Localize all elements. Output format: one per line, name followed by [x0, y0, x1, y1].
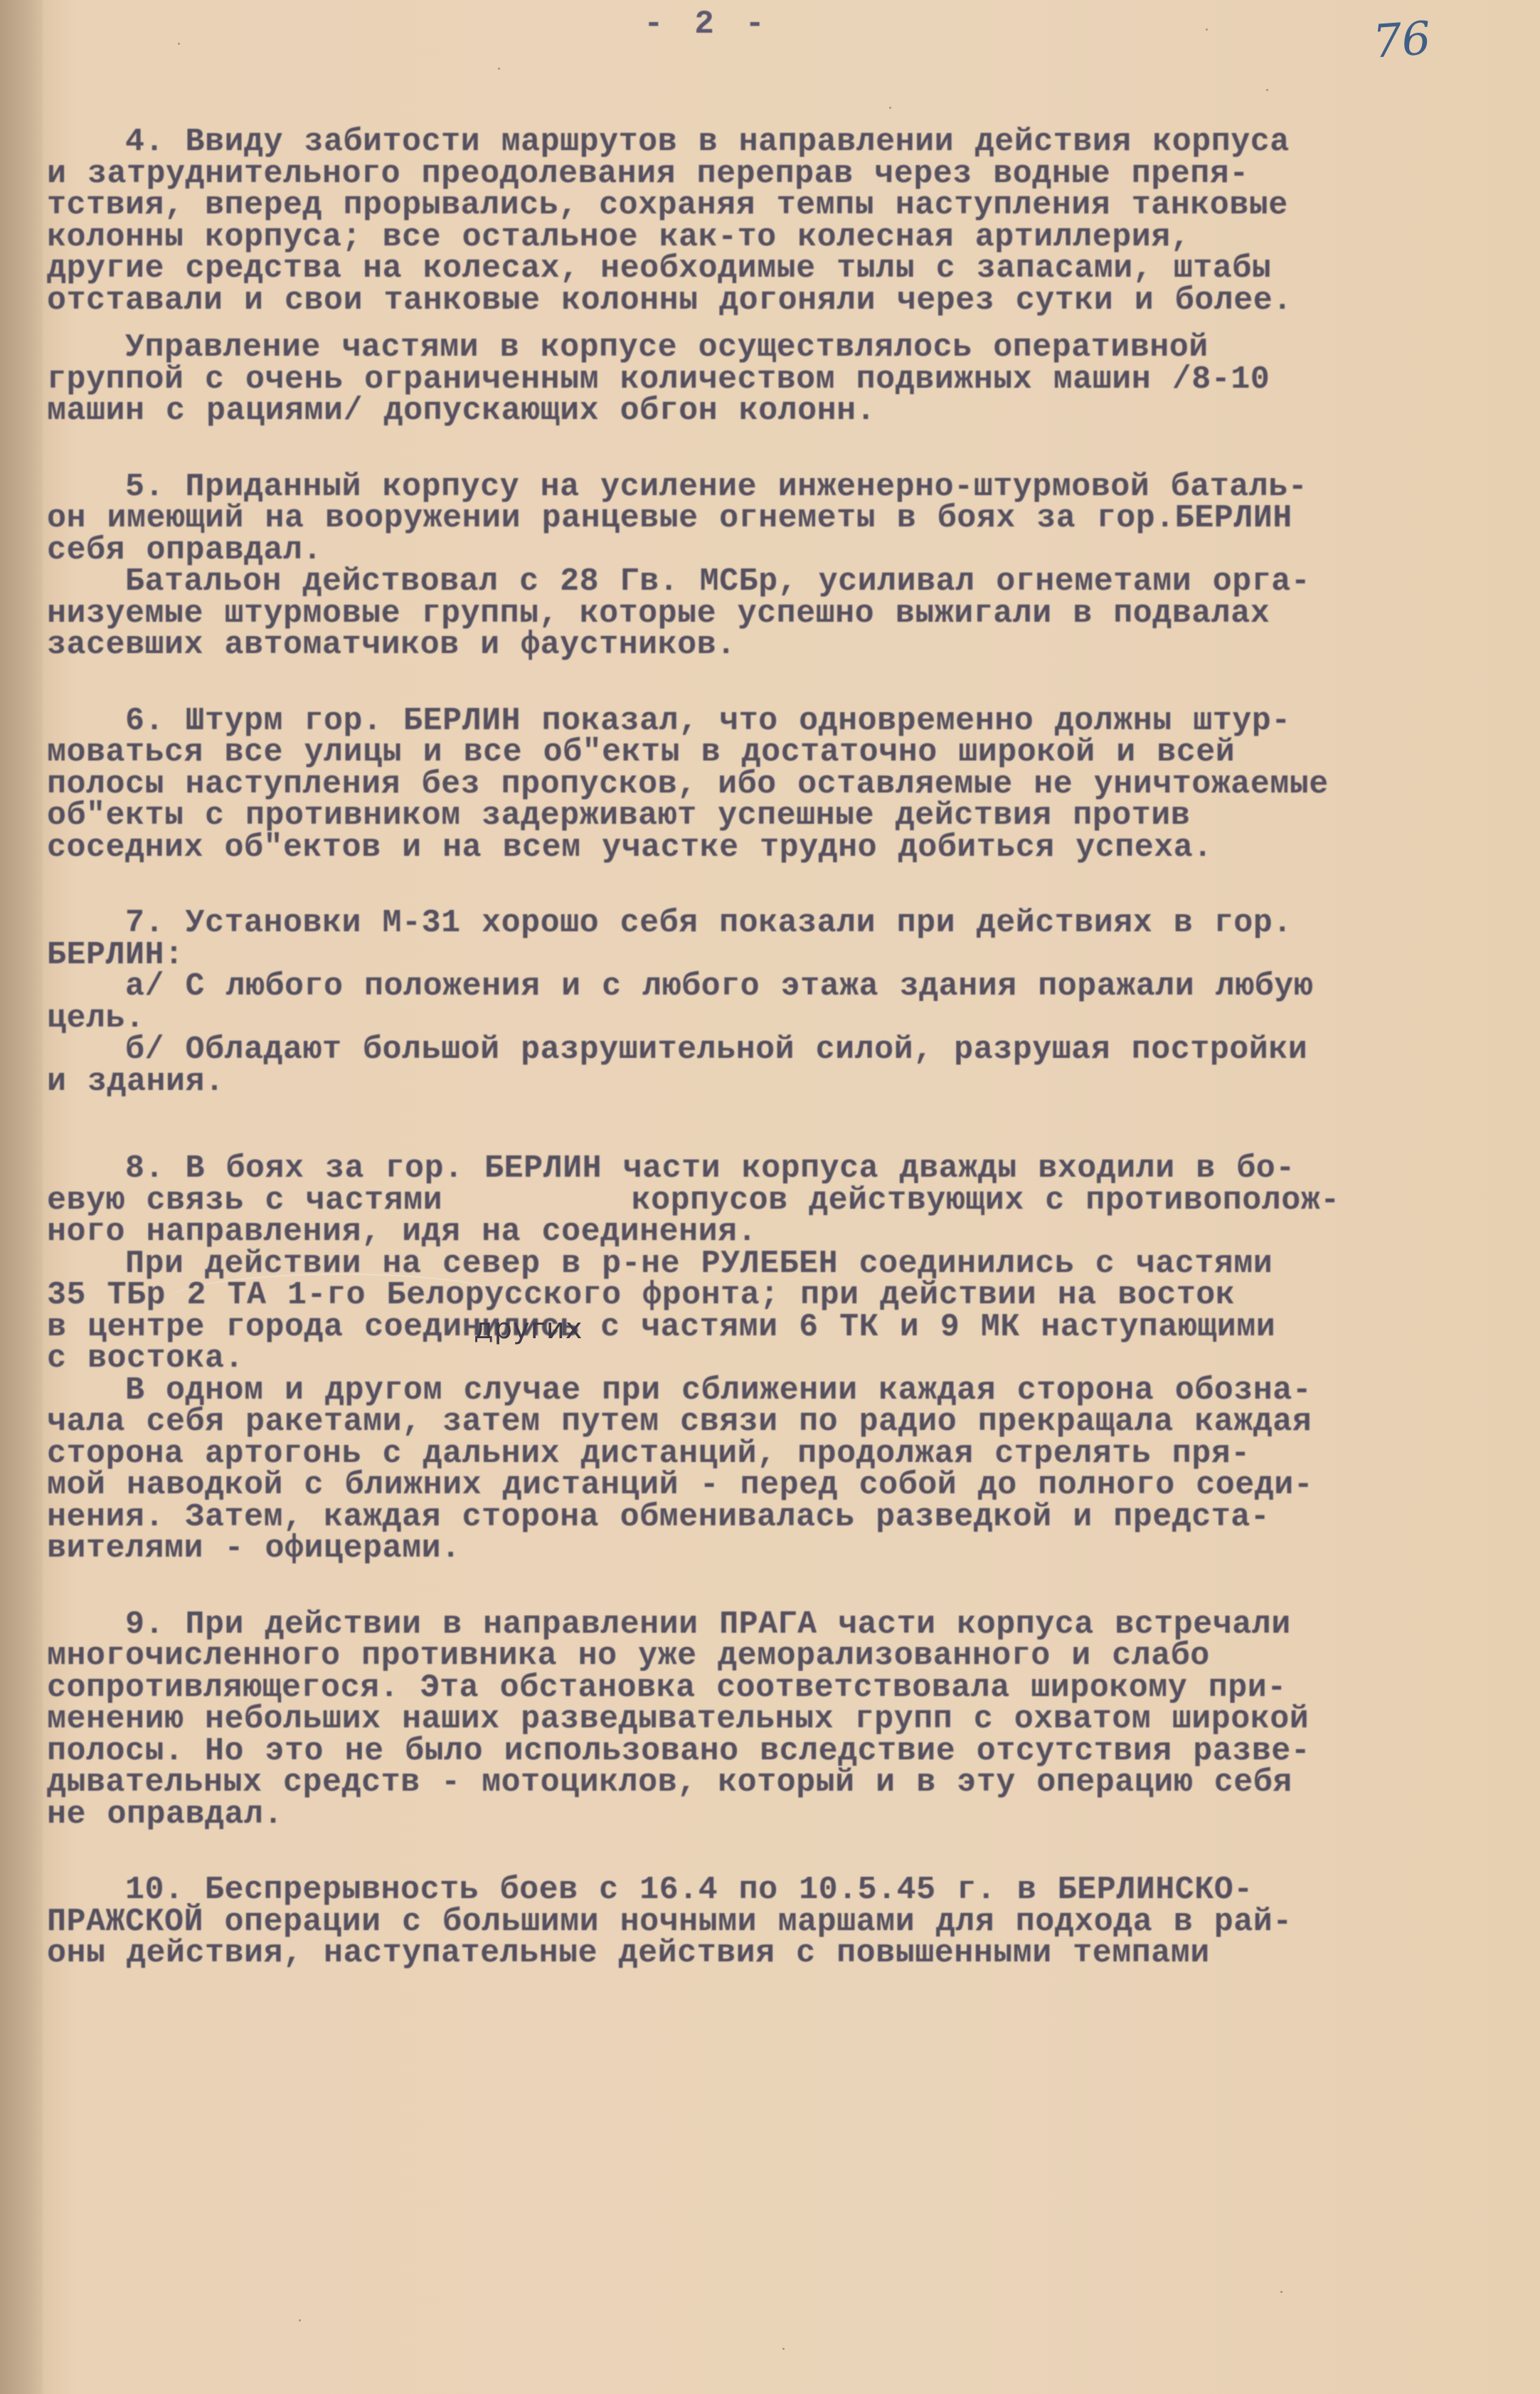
- paragraph-10: 10. Беспрерывность боев с 16.4 по 10.5.4…: [47, 1875, 1491, 1970]
- text-line: соседних об"ектов и на всем участке труд…: [47, 832, 1491, 864]
- text-line: 6. Штурм гор. БЕРЛИН показал, что одновр…: [47, 706, 1491, 738]
- text-line: 10. Беспрерывность боев с 16.4 по 10.5.4…: [47, 1875, 1491, 1907]
- text-line: БЕРЛИН:: [47, 940, 1491, 972]
- text-line: и затруднительного преодолевания перепра…: [47, 159, 1491, 191]
- text-line: евую связь с частями корпусов действующи…: [47, 1185, 1491, 1217]
- paragraph-8-continued-2: В одном и другом случае при сближении ка…: [47, 1375, 1491, 1565]
- paragraph-4: 4. Ввиду забитости маршрутов в направлен…: [47, 127, 1491, 317]
- text-line: об"екты с противником задерживают успешн…: [47, 800, 1491, 832]
- text-line: 35 ТБр 2 ТА 1-го Белорусского фронта; пр…: [47, 1280, 1491, 1312]
- folio-number-handwritten: 76: [1371, 12, 1433, 69]
- text-line: 8. В боях за гор. БЕРЛИН части корпуса д…: [47, 1153, 1491, 1185]
- paragraph-5-continued: Батальон действовал с 28 Гв. МСБр, усили…: [47, 566, 1491, 662]
- text-line: При действии на север в р-не РУЛЕБЕН сое…: [47, 1249, 1491, 1281]
- text-line: в центре города соединились с частями 6 …: [47, 1312, 1491, 1344]
- text-line: 9. При действии в направлении ПРАГА част…: [47, 1609, 1491, 1641]
- text-line: низуемые штурмовые группы, которые успеш…: [47, 598, 1491, 630]
- paragraph-7b: б/ Обладают большой разрушительной силой…: [47, 1034, 1491, 1098]
- paper-speck: [1206, 28, 1208, 31]
- text-line: ПРАЖСКОЙ операции с большими ночными мар…: [47, 1907, 1491, 1939]
- text-line: цель.: [47, 1003, 1491, 1035]
- paragraph-7a: а/ С любого положения и с любого этажа з…: [47, 971, 1491, 1034]
- paragraph-8: 8. В боях за гор. БЕРЛИН части корпуса д…: [47, 1153, 1491, 1249]
- text-line: Батальон действовал с 28 Гв. МСБр, усили…: [47, 566, 1491, 598]
- text-line: колонны корпуса; все остальное как-то ко…: [47, 222, 1491, 254]
- paper-speck: [1280, 2291, 1283, 2293]
- paragraph-5: 5. Приданный корпусу на усиление инженер…: [47, 472, 1491, 567]
- text-line: себя оправдал.: [47, 535, 1491, 567]
- text-line: машин с рациями/ допускающих обгон колон…: [47, 396, 1491, 428]
- handwritten-insertion: других: [474, 1313, 583, 1345]
- text-line: тствия, вперед прорывались, сохраняя тем…: [47, 190, 1491, 222]
- text-line: многочисленного противника но уже демора…: [47, 1641, 1491, 1673]
- document-page: - 2 - 76 4. Ввиду забитости маршрутов в …: [0, 0, 1540, 2394]
- paper-speck: [889, 107, 891, 109]
- text-line: ного направления, идя на соединения.: [47, 1217, 1491, 1249]
- text-line: мой наводкой с ближних дистанций - перед…: [47, 1470, 1491, 1502]
- text-line: сопротивляющегося. Эта обстановка соотве…: [47, 1673, 1491, 1705]
- text-line: другие средства на колесах, необходимые …: [47, 253, 1491, 285]
- text-line: нения. Затем, каждая сторона обменивалас…: [47, 1502, 1491, 1534]
- text-line: 5. Приданный корпусу на усиление инженер…: [47, 472, 1491, 504]
- text-line: В одном и другом случае при сближении ка…: [47, 1375, 1491, 1407]
- text-line: чала себя ракетами, затем путем связи по…: [47, 1407, 1491, 1439]
- text-line: он имеющий на вооружении ранцевые огнеме…: [47, 503, 1491, 535]
- typed-body: 4. Ввиду забитости маршрутов в направлен…: [47, 127, 1491, 1970]
- text-line: не оправдал.: [47, 1799, 1491, 1831]
- paper-speck: [178, 43, 180, 45]
- paragraph-6: 6. Штурм гор. БЕРЛИН показал, что одновр…: [47, 706, 1491, 864]
- text-line: и здания.: [47, 1066, 1491, 1098]
- paragraph-8-continued: При действии на север в р-не РУЛЕБЕН сое…: [47, 1249, 1491, 1375]
- text-line: вителями - офицерами.: [47, 1533, 1491, 1565]
- paragraph-7: 7. Установки М-31 хорошо себя показали п…: [47, 908, 1491, 971]
- paper-speck: [299, 2319, 301, 2321]
- binding-strip: [0, 0, 43, 2394]
- text-line: менению небольших наших разведывательных…: [47, 1704, 1491, 1736]
- text-line: засевших автоматчиков и фаустников.: [47, 630, 1491, 662]
- text-line: полосы. Но это не было использовано всле…: [47, 1736, 1491, 1768]
- text-line: полосы наступления без пропусков, ибо ос…: [47, 769, 1491, 801]
- text-line: с востока.: [47, 1343, 1491, 1375]
- page-number: - 2 -: [644, 6, 770, 43]
- paragraph-9: 9. При действии в направлении ПРАГА част…: [47, 1609, 1491, 1831]
- paper-speck: [782, 2348, 785, 2350]
- text-line: 7. Установки М-31 хорошо себя показали п…: [47, 908, 1491, 940]
- text-line: б/ Обладают большой разрушительной силой…: [47, 1034, 1491, 1066]
- text-line: отставали и свои танковые колонны догоня…: [47, 285, 1491, 317]
- paper-speck: [1266, 89, 1268, 91]
- text-line: 4. Ввиду забитости маршрутов в направлен…: [47, 127, 1491, 159]
- text-line: группой с очень ограниченным количеством…: [47, 364, 1491, 396]
- text-line: дывательных средств - мотоциклов, которы…: [47, 1767, 1491, 1799]
- text-line: Управление частями в корпусе осуществлял…: [47, 332, 1491, 364]
- text-line: а/ С любого положения и с любого этажа з…: [47, 971, 1491, 1003]
- paper-speck: [498, 68, 500, 70]
- text-line: сторона артогонь с дальних дистанций, пр…: [47, 1439, 1491, 1471]
- paragraph-4-continued: Управление частями в корпусе осуществлял…: [47, 332, 1491, 428]
- text-line: оны действия, наступательные действия с …: [47, 1938, 1491, 1970]
- text-line: моваться все улицы и все об"екты в доста…: [47, 737, 1491, 769]
